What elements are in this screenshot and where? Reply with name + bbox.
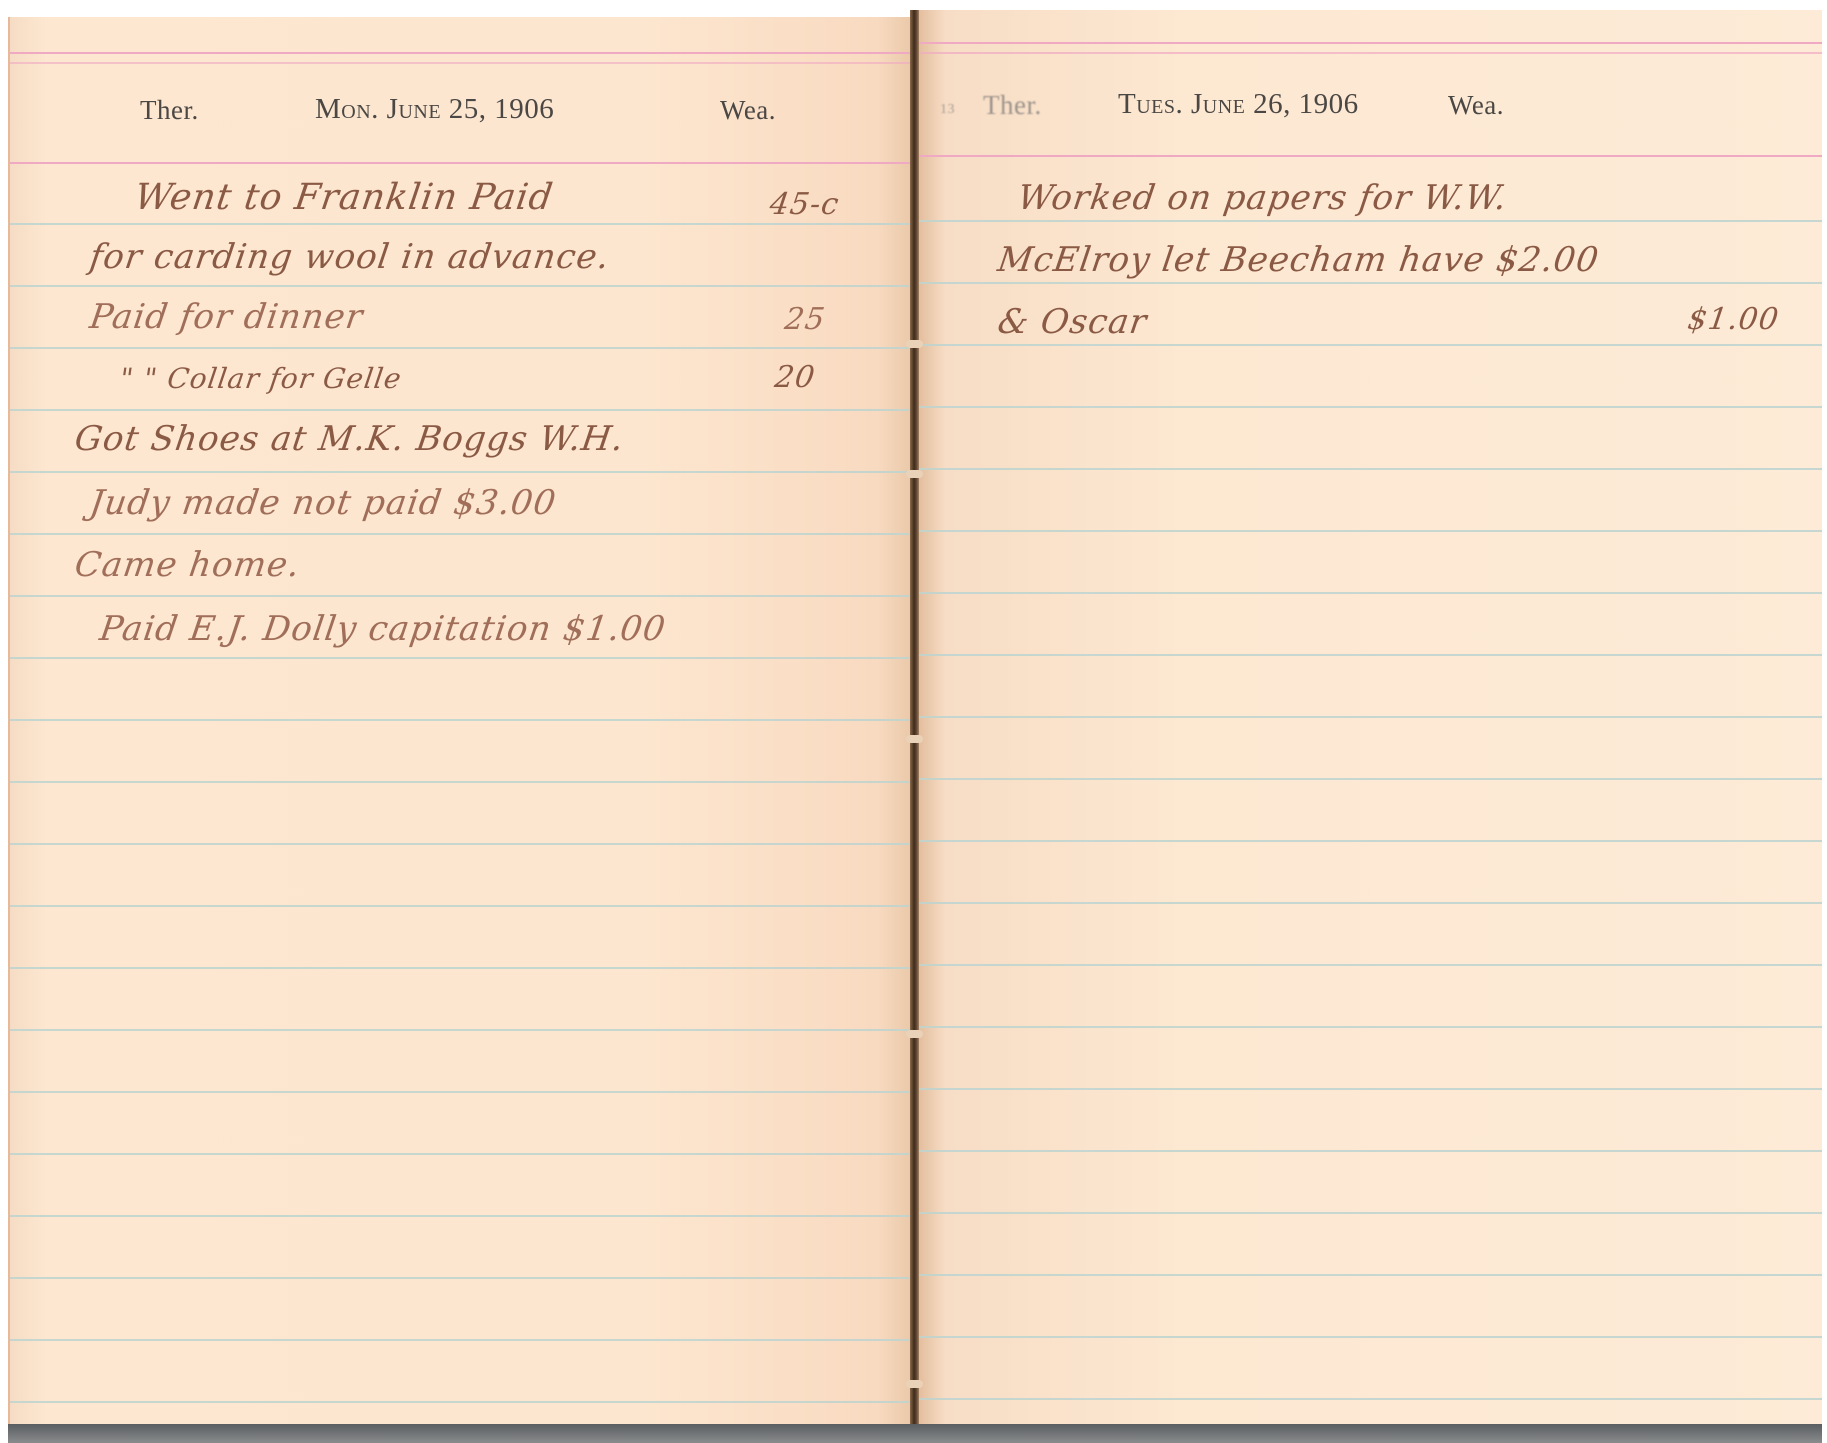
entry-line-3: & Oscar [995, 302, 1150, 342]
thermometer-label: Ther. [140, 95, 199, 126]
binding-stitch [906, 1380, 923, 1388]
left-page-header: Ther. Mon. June 25, 1906 Wea. [10, 17, 914, 167]
binding-stitch [906, 340, 923, 348]
book-spine [910, 10, 919, 1430]
entry-line-1: Went to Franklin Paid [132, 177, 556, 218]
page-date: Tues. June 26, 1906 [1118, 88, 1359, 121]
entry-line-5: Got Shoes at M.K. Boggs W.H. [72, 419, 627, 459]
page-number: 13 [940, 102, 955, 118]
entry-amount-1: 45-c [768, 187, 842, 222]
thermometer-label: Ther. [983, 90, 1042, 121]
entry-line-4: " " Collar for Gelle [118, 362, 404, 395]
page-stack-edge [8, 1424, 1822, 1443]
entry-line-1: Worked on papers for W.W. [1015, 178, 1510, 218]
entry-amount-3: 25 [783, 302, 828, 337]
weather-label: Wea. [1448, 90, 1504, 121]
entry-amount-4: 20 [773, 360, 818, 395]
binding-stitch [906, 735, 923, 743]
entry-line-7: Came home. [72, 545, 303, 585]
right-page-header: 13 Ther. Tues. June 26, 1906 Wea. [918, 10, 1822, 160]
entry-amount-3: $1.00 [1686, 302, 1782, 337]
page-date: Mon. June 25, 1906 [315, 93, 554, 126]
binding-stitch [906, 470, 923, 478]
entry-line-3: Paid for dinner [87, 297, 366, 337]
weather-label: Wea. [720, 95, 776, 126]
binding-stitch [906, 1030, 923, 1038]
entry-line-6: Judy made not paid $3.00 [87, 483, 559, 523]
left-page: Ther. Mon. June 25, 1906 Wea. Went to Fr… [8, 17, 914, 1425]
right-page: 13 Ther. Tues. June 26, 1906 Wea. Worked… [918, 10, 1822, 1425]
header-rule [10, 162, 914, 164]
entry-line-8: Paid E.J. Dolly capitation $1.00 [97, 609, 668, 649]
diary-spread: Ther. Mon. June 25, 1906 Wea. Went to Fr… [0, 0, 1827, 1443]
header-rule [918, 155, 1822, 157]
entry-line-2: for carding wool in advance. [87, 237, 612, 277]
entry-line-2: McElroy let Beecham have $2.00 [995, 240, 1602, 280]
